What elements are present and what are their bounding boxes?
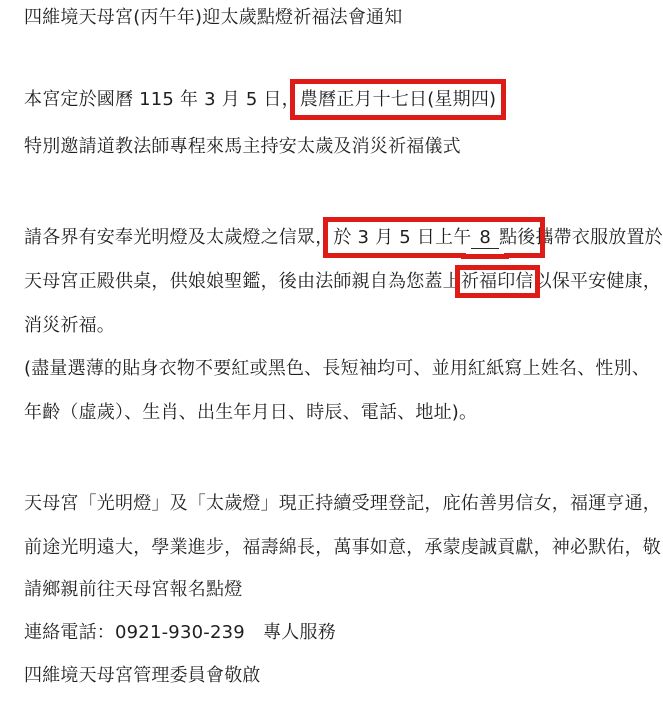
lunar-date-text: 農曆正月十七日(星期四) xyxy=(300,89,496,110)
document-title: 四維境天母宮(丙午年)迎太歲點燈祈福法會通知 xyxy=(24,6,402,30)
line-contact-phone: 連絡電話：0921-930-239 專人服務 xyxy=(24,621,336,645)
altar-text: 天母宮正殿供桌，供娘娘聖鑑，後由法師親自為您蓋上 xyxy=(24,271,461,292)
instruction-prefix-text: 請各界有安奉光明燈及太歲燈之信眾， xyxy=(24,227,333,248)
line-clothing-note-1: (盡量選薄的貼身衣物不要紅或黑色、長短袖均可、並用紅紙寫上姓名、性別、 xyxy=(24,357,650,381)
line-instruction-1: 請各界有安奉光明燈及太歲燈之信眾，於 3 月 5 日上午8點後攜帶衣服放置於 xyxy=(24,226,663,250)
line-registration-1: 天母宮「光明燈」及「太歲燈」現正持續受理登記，庇佑善男信女，福運亨通， xyxy=(24,492,661,516)
line-instruction-3: 消災祈福。 xyxy=(24,314,115,338)
line-clothing-note-2: 年齡（虛歲）、生肖、出生年月日、時辰、電話、地址)。 xyxy=(24,401,477,425)
line-signature: 四維境天母宮管理委員會敬啟 xyxy=(24,664,261,688)
time-text-b: 點後 xyxy=(499,227,535,248)
annotation-box-time: 於 3 月 5 日上午8點後 xyxy=(333,227,535,248)
line-registration-2: 前途光明遠大，學業進步，福壽綿長，萬事如意，承蒙虔誠貢獻，神必默佑，敬 xyxy=(24,536,661,560)
line-instruction-2: 天母宮正殿供桌，供娘娘聖鑑，後由法師親自為您蓋上祈福印信以保平安健康， xyxy=(24,270,661,294)
notice-document: 四維境天母宮(丙午年)迎太歲點燈祈福法會通知 本宮定於國曆 115 年 3 月 … xyxy=(0,0,663,704)
instruction-suffix-text: 攜帶衣服放置於 xyxy=(535,227,662,248)
health-text: 以保平安健康， xyxy=(534,271,661,292)
handwritten-blank-8: 8 xyxy=(471,228,499,249)
blessing-seal-text: 祈福印信 xyxy=(461,271,534,292)
time-text-a: 於 3 月 5 日上午 xyxy=(333,227,471,248)
date-prefix-text: 本宮定於國曆 115 年 3 月 5 日， xyxy=(24,89,300,110)
annotation-box-lunar-date: 農曆正月十七日(星期四) xyxy=(300,89,496,110)
annotation-box-blessing-seal: 祈福印信 xyxy=(461,271,534,292)
line-gregorian-date: 本宮定於國曆 115 年 3 月 5 日，農曆正月十七日(星期四) xyxy=(24,88,496,112)
line-registration-3: 請鄉親前往天母宮報名點燈 xyxy=(24,578,242,602)
line-invitation: 特別邀請道教法師專程來馬主持安太歲及消災祈福儀式 xyxy=(24,135,461,159)
